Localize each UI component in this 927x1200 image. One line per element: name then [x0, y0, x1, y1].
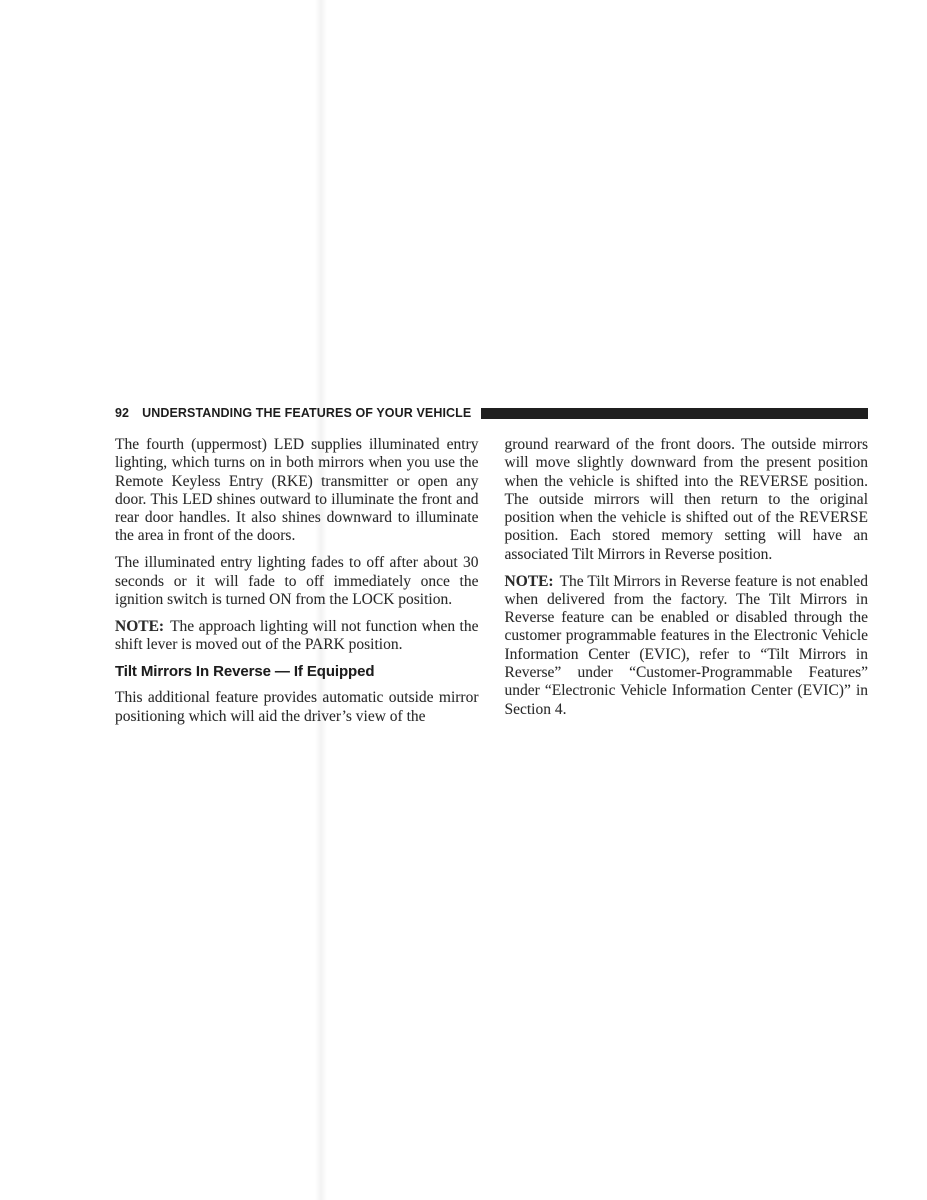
paragraph: The fourth (uppermost) LED supplies illu…	[115, 436, 479, 546]
manual-page: 92 UNDERSTANDING THE FEATURES OF YOUR VE…	[115, 406, 868, 726]
note-text: The approach lighting will not function …	[115, 618, 479, 653]
paragraph: The illuminated entry lighting fades to …	[115, 554, 479, 609]
left-column: The fourth (uppermost) LED supplies illu…	[115, 436, 479, 726]
section-heading: Tilt Mirrors In Reverse — If Equipped	[115, 663, 479, 681]
note-paragraph: NOTE:The approach lighting will not func…	[115, 618, 479, 655]
note-label: NOTE:	[115, 618, 164, 635]
two-column-body: The fourth (uppermost) LED supplies illu…	[115, 436, 868, 726]
paragraph: This additional feature provides automat…	[115, 689, 479, 726]
paragraph: ground rearward of the front doors. The …	[505, 436, 869, 564]
right-column: ground rearward of the front doors. The …	[505, 436, 869, 726]
note-paragraph: NOTE:The Tilt Mirrors in Reverse feature…	[505, 573, 869, 719]
note-label: NOTE:	[505, 573, 554, 590]
page-number: 92	[115, 406, 129, 420]
note-text: The Tilt Mirrors in Reverse feature is n…	[505, 573, 869, 718]
page-header: 92 UNDERSTANDING THE FEATURES OF YOUR VE…	[115, 406, 868, 420]
page-header-title: UNDERSTANDING THE FEATURES OF YOUR VEHIC…	[142, 406, 471, 420]
header-rule-bar	[481, 408, 868, 419]
